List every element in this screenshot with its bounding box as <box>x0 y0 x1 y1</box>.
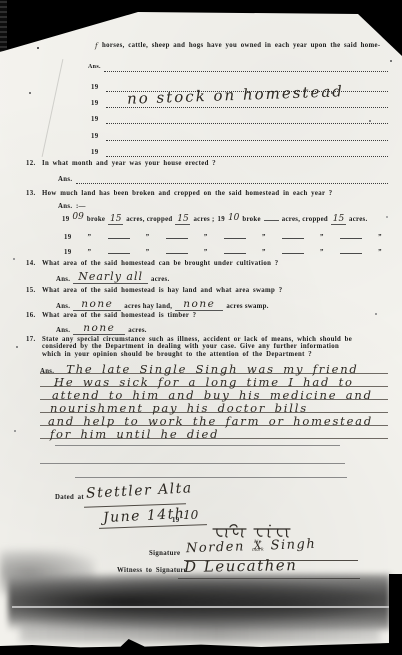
answer-label: Ans. <box>56 276 70 283</box>
ditto-mark: ” <box>204 249 208 256</box>
question-12-text: In what month and year was your house er… <box>42 160 216 167</box>
broke-label: broke <box>242 216 260 223</box>
blank-ruled-line <box>75 477 347 478</box>
statement-line: He was sick for a long time I had to <box>40 373 388 387</box>
year-stub: 19 <box>64 234 71 241</box>
signature-last-name: Singh <box>270 537 316 554</box>
question-14-answer: Ans. Nearly all acres. <box>56 271 170 285</box>
blank-ruled-line <box>40 463 345 464</box>
ditto-mark: ” <box>320 234 324 241</box>
swamp-answer-handwriting: none <box>175 298 223 311</box>
ditto-mark: ” <box>378 234 382 241</box>
broke-label: broke <box>87 216 105 223</box>
ditto-mark: ” <box>320 249 324 256</box>
statement-line: and help to work the farm or homestead <box>40 412 388 426</box>
year-1-handwriting: 09 <box>72 212 83 222</box>
blank-rule <box>282 232 304 239</box>
question-17-line: State any special circumstance such as i… <box>42 336 352 343</box>
witness-handwriting: D Leucathen <box>184 556 298 576</box>
film-edge-texture <box>0 0 7 58</box>
year-line-label: 19 <box>91 149 99 156</box>
signature-first-name: Norden <box>186 539 245 556</box>
question-16-answer: Ans. none acres. <box>56 323 147 336</box>
year-line-label: 19 <box>91 100 99 107</box>
answer-label: Ans. <box>56 327 70 334</box>
acres-semicolon-label: acres ; <box>193 216 214 223</box>
statement-line: attend to him and buy his medicine and <box>40 386 388 400</box>
dated-at-label: Dated at <box>55 494 84 501</box>
broke-acres-handwriting: 15 <box>108 214 123 225</box>
question-13-text: How much land has been broken and croppe… <box>42 190 333 197</box>
answer-label: Ans. <box>88 64 101 70</box>
paper-crease <box>42 59 64 157</box>
acres-label: acres. <box>128 327 146 334</box>
acres-label: acres. <box>151 276 169 283</box>
year-suffix-handwriting: 10 <box>183 508 198 522</box>
cropped-acres-handwriting: 15 <box>331 214 346 225</box>
year-line-label: 19 <box>91 84 99 91</box>
scanned-form-page: f horses, cattle, sheep and hogs have yo… <box>0 0 402 655</box>
question-14-text: What area of the said homestead can be b… <box>42 260 279 267</box>
blank-rule <box>224 232 246 239</box>
answer-label: Ans. <box>58 176 72 183</box>
question-17-line: considered by the Department in dealing … <box>42 343 352 350</box>
acres-end-label: acres. <box>349 216 367 223</box>
answer-rule <box>76 183 388 184</box>
question-11-fragment: horses, cattle, sheep and hogs have you … <box>102 42 381 49</box>
broke-acres-blank <box>264 220 279 221</box>
blank-rule <box>340 232 362 239</box>
answer-label: Ans. :— <box>58 203 86 210</box>
year-line-label: 19 <box>91 116 99 123</box>
cropped-label: acres, cropped <box>126 216 172 223</box>
question-17-line: which in your opinion should be brought … <box>42 351 352 358</box>
cropped-label: acres, cropped <box>282 216 328 223</box>
question-13-number: 13. <box>26 190 36 197</box>
ditto-mark: ” <box>262 234 266 241</box>
statement-line: for him until he died <box>40 425 388 439</box>
year-line-rule <box>106 107 388 108</box>
stray-f-mark: f <box>95 42 98 50</box>
his-mark-x: his X mark <box>252 540 264 552</box>
ditto-mark: ” <box>88 249 92 256</box>
mark-label: mark <box>252 548 264 552</box>
blank-rule <box>166 232 188 239</box>
ditto-mark: ” <box>378 249 382 256</box>
question-16-number: 16. <box>26 312 36 319</box>
year-stub: 19 <box>64 249 71 256</box>
witness-underline <box>178 578 360 579</box>
question-17-text: State any special circumstance such as i… <box>42 336 352 358</box>
blank-rule <box>108 247 130 254</box>
question-15-text: What area of the said homestead is hay l… <box>42 287 282 294</box>
blank-rule <box>340 247 362 254</box>
question-15-number: 15. <box>26 287 36 294</box>
scan-viewport: f horses, cattle, sheep and hogs have yo… <box>0 0 402 655</box>
question-12-number: 12. <box>26 160 36 167</box>
place-handwriting: Stettler Alta <box>86 480 193 502</box>
answer-rule <box>104 71 388 72</box>
question-17-number: 17. <box>26 336 36 343</box>
ditto-mark: ” <box>88 234 92 241</box>
ditto-mark: ” <box>262 249 266 256</box>
ditto-mark: ” <box>146 234 150 241</box>
question-14-number: 14. <box>26 260 36 267</box>
signature-handwriting: Norden his X mark Singh <box>186 537 317 557</box>
hay-land-label: acres hay land, <box>124 303 172 310</box>
year-line-label: 19 <box>91 133 99 140</box>
statement-line: nourishment pay his doctor bills <box>40 399 388 413</box>
crop-record-row-1: 19 09 broke 15 acres, cropped 15 acres ;… <box>62 214 368 225</box>
ditto-mark: ” <box>204 234 208 241</box>
timber-answer-handwriting: none <box>73 322 125 335</box>
crop-record-ditto-row: 19 ” ” ” ” ” ” <box>64 247 382 256</box>
ditto-mark: ” <box>146 249 150 256</box>
year-stub: 19 <box>218 216 225 223</box>
cultivation-answer-handwriting: Nearly all <box>73 270 148 284</box>
statement-line: Ans. The late Single Singh was my friend <box>40 360 388 374</box>
question-16-text: What area of the said homestead is timbe… <box>42 312 196 319</box>
hay-land-answer-handwriting: none <box>73 298 121 311</box>
year-line-rule <box>106 140 388 141</box>
blank-rule <box>166 247 188 254</box>
year-stub: 19 <box>62 216 69 223</box>
swamp-label: acres swamp. <box>226 303 268 310</box>
year-line-rule <box>106 156 388 157</box>
statement-handwriting: for him until he died <box>50 427 219 441</box>
blank-rule <box>282 247 304 254</box>
printed-year-stub: 19 <box>172 517 180 524</box>
blank-ruled-line <box>55 445 340 446</box>
year-2-handwriting: 10 <box>228 213 239 223</box>
witness-label: Witness to Signature <box>117 567 187 574</box>
answer-label: Ans. <box>56 303 70 310</box>
stock-answer-handwriting: no stock on homestead <box>127 82 344 108</box>
blank-rule <box>224 247 246 254</box>
signature-label: Signature <box>149 550 180 557</box>
year-line-rule <box>106 123 388 124</box>
question-15-answer: Ans. none acres hay land, none acres swa… <box>56 299 269 312</box>
crop-record-ditto-row: 19 ” ” ” ” ” ” <box>64 232 382 241</box>
blank-rule <box>108 232 130 239</box>
cropped-acres-handwriting: 15 <box>175 214 190 225</box>
